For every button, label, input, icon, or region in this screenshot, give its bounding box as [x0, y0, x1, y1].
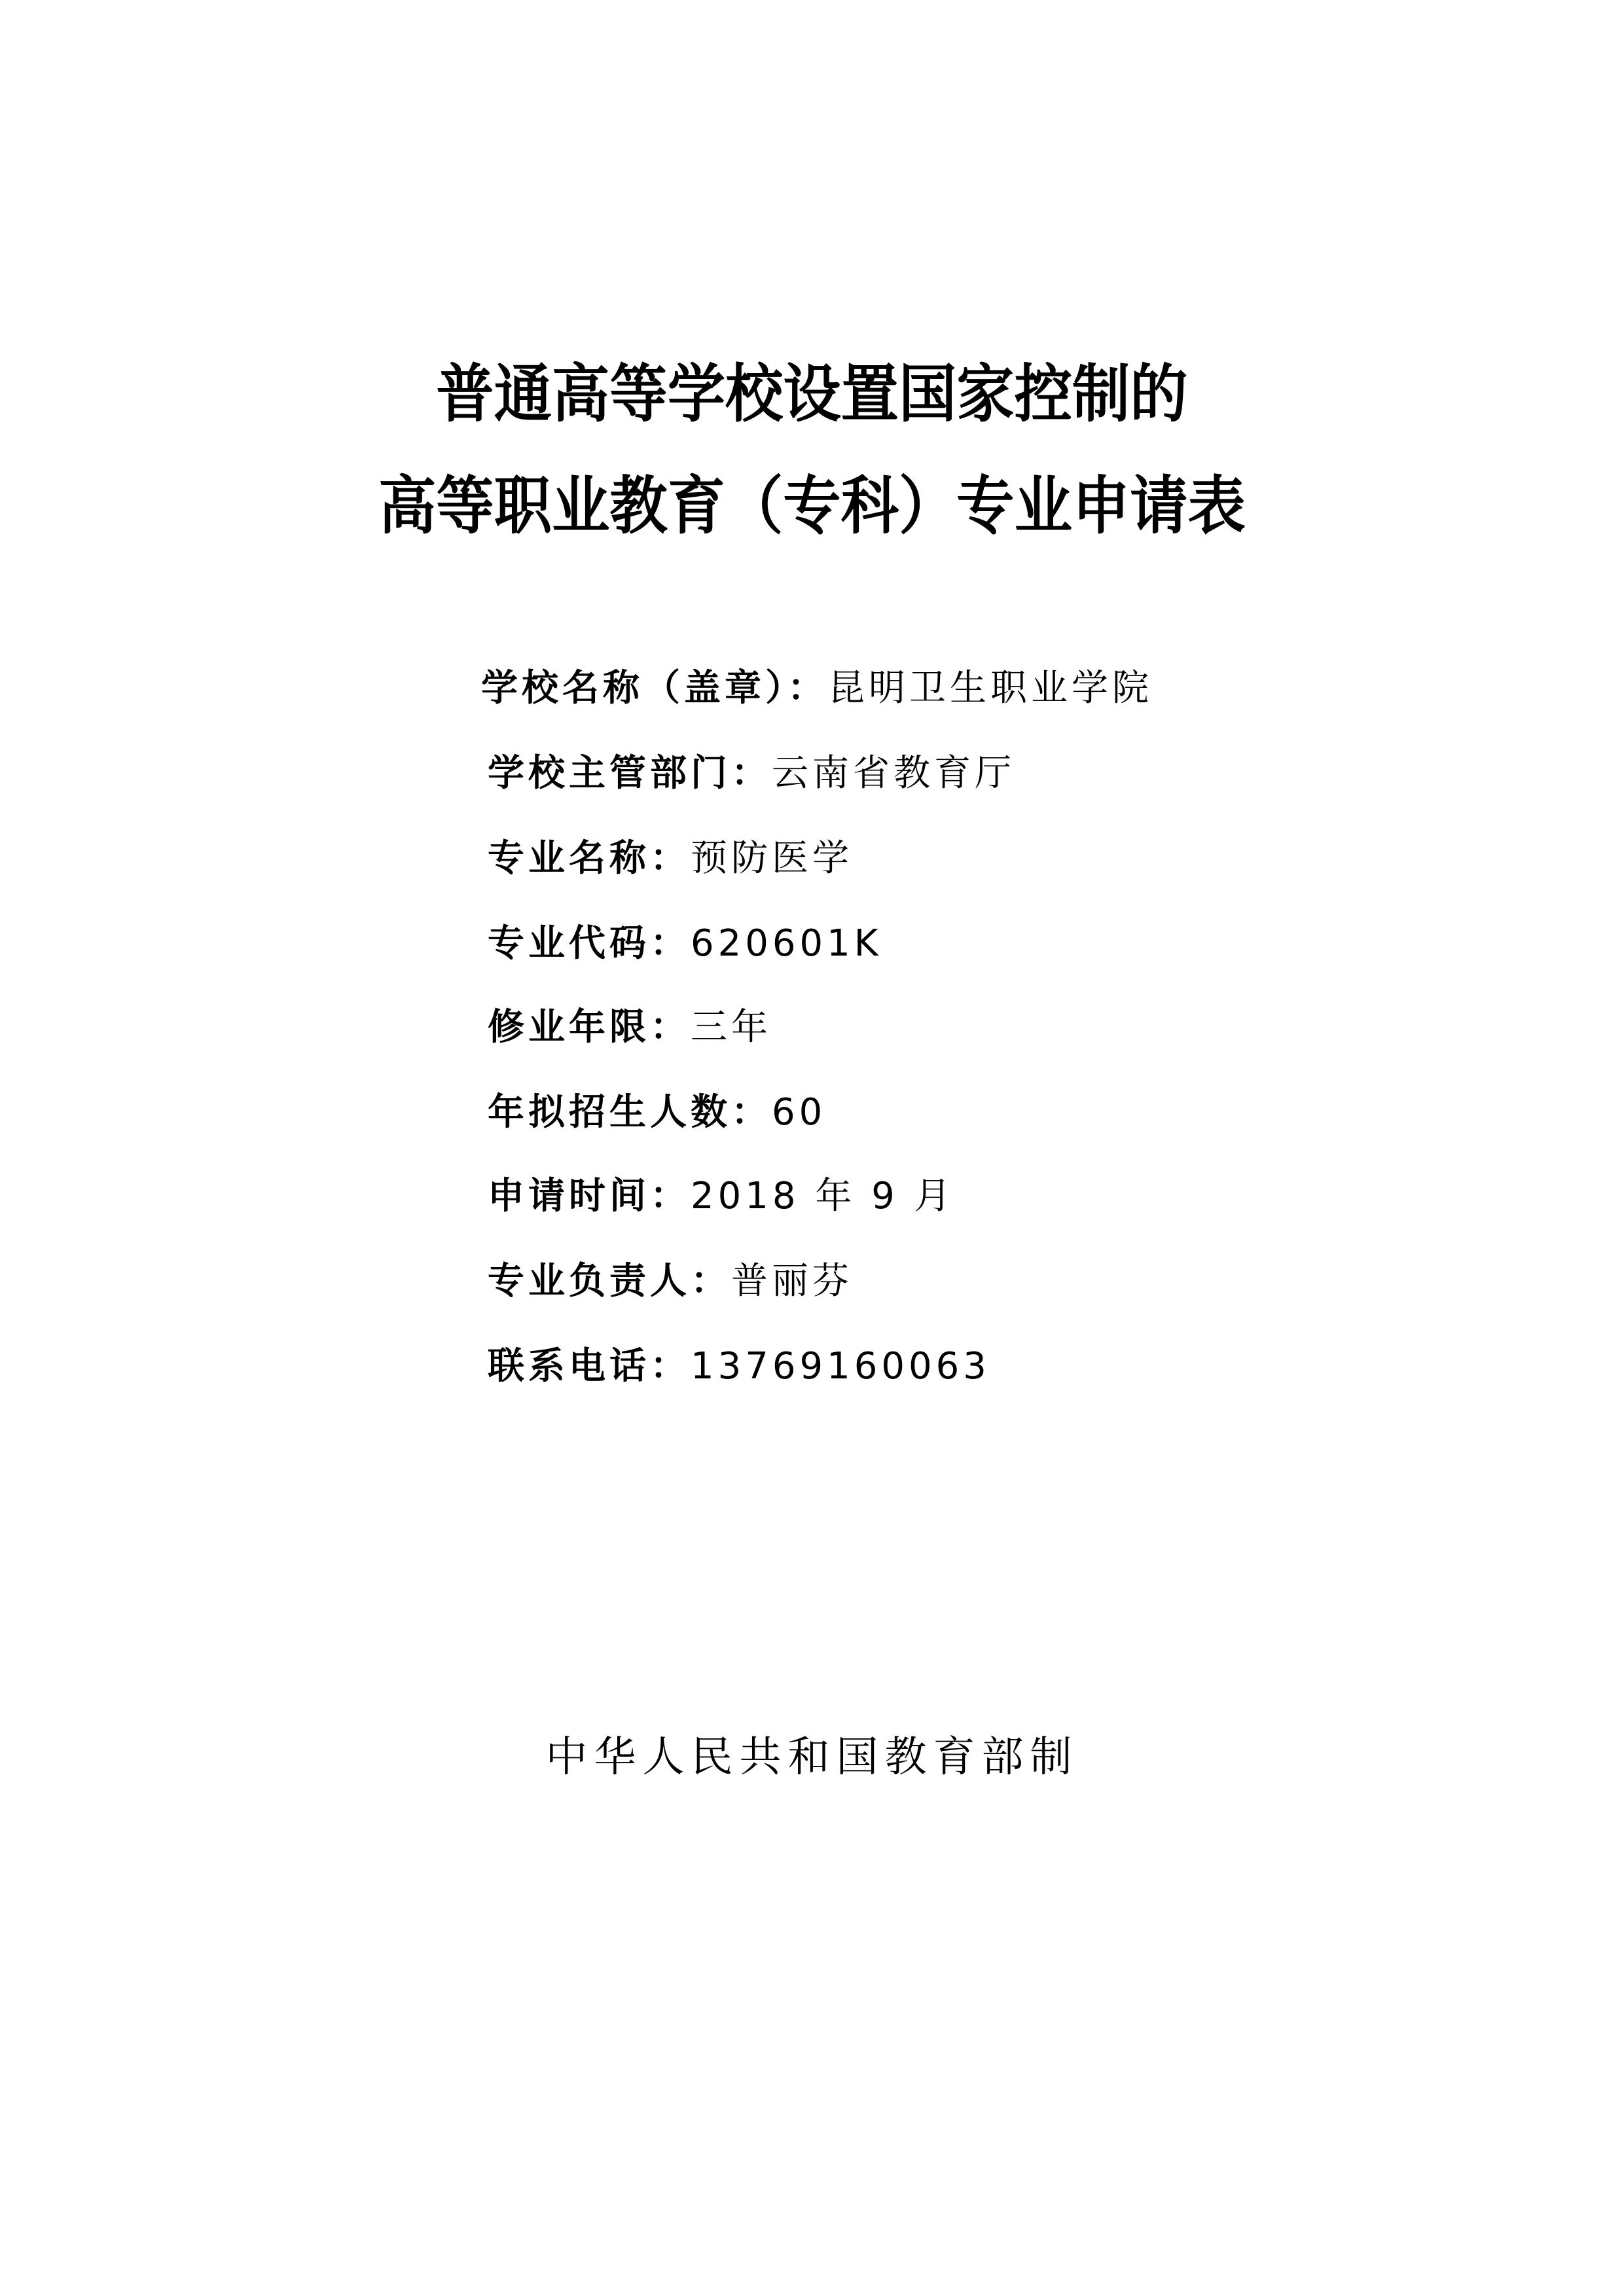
- field-label: 学校名称（盖章）：: [481, 667, 828, 709]
- field-value: 云南省教育厅: [772, 752, 1015, 795]
- field-value: 普丽芬: [731, 1260, 853, 1302]
- field-label: 申请时间：: [488, 1175, 691, 1217]
- field-label: 联系电话：: [488, 1345, 691, 1388]
- issuer-footer: 中华人民共和国教育部制: [0, 1728, 1624, 1787]
- field-value: 60: [772, 1091, 826, 1134]
- field-value: 13769160063: [691, 1345, 990, 1388]
- document-title-line-1: 普通高等学校设置国家控制的: [65, 358, 1559, 430]
- document-title-line-2: 高等职业教育（专科）专业申请表: [65, 470, 1559, 542]
- field-major-name: 专业名称：预防医学: [488, 833, 853, 885]
- field-value: 2018 年 9 月: [691, 1175, 955, 1217]
- field-label: 专业名称：: [488, 837, 691, 880]
- field-label: 专业负责人：: [488, 1260, 731, 1302]
- field-school-name: 学校名称（盖章）：昆明卫生职业学院: [481, 662, 1153, 715]
- field-major-code: 专业代码：620601K: [488, 918, 882, 970]
- field-contact-phone: 联系电话：13769160063: [488, 1340, 990, 1393]
- field-value: 预防医学: [691, 837, 853, 880]
- field-label: 修业年限：: [488, 1006, 691, 1049]
- field-value: 昆明卫生职业学院: [828, 667, 1153, 709]
- field-supervising-department: 学校主管部门：云南省教育厅: [488, 747, 1015, 800]
- field-study-duration: 修业年限：三年: [488, 1001, 772, 1054]
- field-annual-enrollment: 年拟招生人数：60: [488, 1086, 826, 1139]
- field-label: 年拟招生人数：: [488, 1091, 772, 1134]
- field-application-date: 申请时间：2018 年 9 月: [488, 1170, 955, 1223]
- field-label: 学校主管部门：: [488, 752, 772, 795]
- field-value: 620601K: [691, 922, 882, 965]
- field-major-leader: 专业负责人：普丽芬: [488, 1255, 853, 1308]
- field-value: 三年: [691, 1006, 772, 1049]
- field-label: 专业代码：: [488, 922, 691, 965]
